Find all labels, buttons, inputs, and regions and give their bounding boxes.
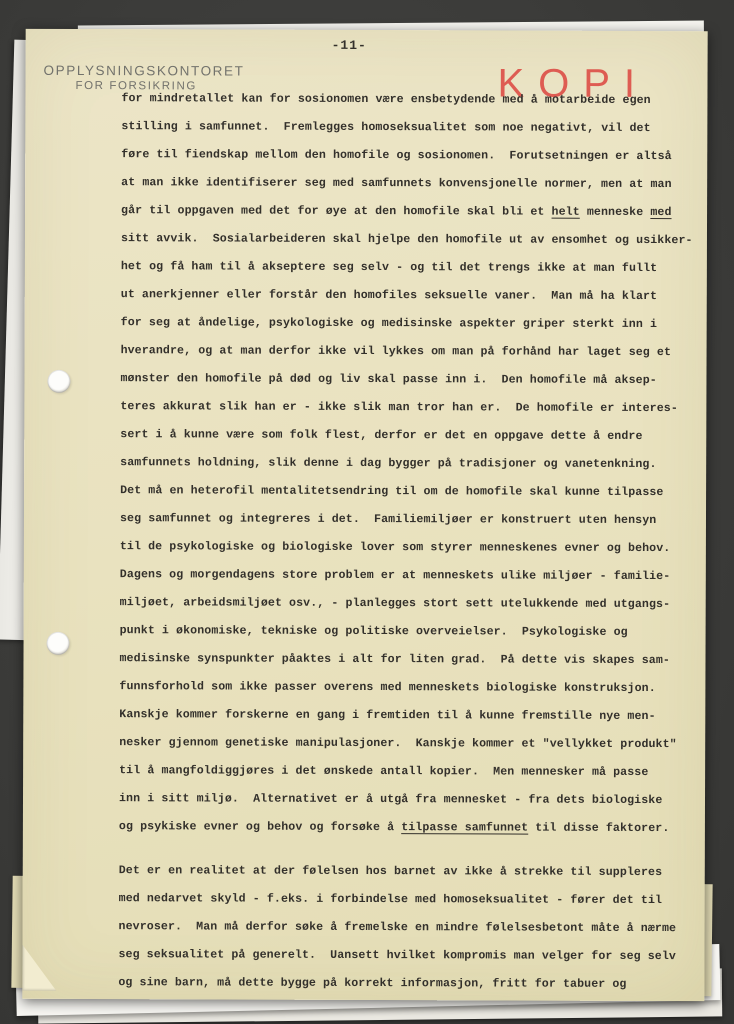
text-line: og psykiske evner og behov og forsøke å …: [119, 813, 679, 843]
text-line: sitt avvik. Sosialarbeideren skal hjelpe…: [121, 225, 681, 255]
page-number: -11-: [332, 38, 367, 53]
text-line: til å mangfoldiggjøres i det ønskede ant…: [119, 757, 679, 787]
text-line: het og få ham til å akseptere seg selv -…: [121, 253, 681, 283]
text-line: føre til fiendskap mellom den homofile o…: [121, 141, 681, 171]
text-line: hverandre, og at man derfor ikke vil lyk…: [121, 337, 681, 367]
text-line: teres akkurat slik han er - ikke slik ma…: [120, 393, 680, 423]
text-line: for mindretallet kan for sosionomen være…: [121, 85, 681, 115]
text-line: nevroser. Man må derfor søke å fremelske…: [119, 913, 679, 943]
text-line: seg samfunnet og integreres i det. Famil…: [120, 505, 680, 535]
text-line: nesker gjennom genetiske manipulasjoner.…: [119, 729, 679, 759]
text-line: går til oppgaven med det for øye at den …: [121, 197, 681, 227]
text-line: inn i sitt miljø. Alternativet er å utgå…: [119, 785, 679, 815]
text-line: samfunnets holdning, slik denne i dag by…: [120, 449, 680, 479]
text-line: funnsforhold som ikke passer overens med…: [119, 673, 679, 703]
text-line: mønster den homofile på død og liv skal …: [120, 365, 680, 395]
text-line: ut anerkjenner eller forstår den homofil…: [121, 281, 681, 311]
text-line: til de psykologiske og biologiske lover …: [120, 533, 680, 563]
text-line: stilling i samfunnet. Fremlegges homosek…: [121, 113, 681, 143]
text-line: sert i å kunne være som folk flest, derf…: [120, 421, 680, 451]
text-line: Det må en heterofil mentalitetsendring t…: [120, 477, 680, 507]
paragraph: Det er en realitet at der følelsen hos b…: [118, 857, 678, 999]
text-line: medisinske synspunkter påaktes i alt for…: [119, 645, 679, 675]
punch-hole-bottom: [47, 632, 70, 655]
document-body: for mindretallet kan for sosionomen være…: [118, 85, 681, 999]
text-line: at man ikke identifiserer seg med samfun…: [121, 169, 681, 199]
punch-hole-top: [47, 370, 70, 393]
text-line: miljøet, arbeidsmiljøet osv., - planlegg…: [120, 589, 680, 619]
text-line: Dagens og morgendagens store problem er …: [120, 561, 680, 591]
text-line: Det er en realitet at der følelsen hos b…: [119, 857, 679, 887]
text-line: med nedarvet skyld - f.eks. i forbindels…: [119, 885, 679, 915]
text-line: punkt i økonomiske, tekniske og politisk…: [120, 617, 680, 647]
document-page: -11- OPPLYSNINGSKONTORET FOR FORSIKRING …: [22, 29, 707, 1001]
text-line: Kanskje kommer forskerne en gang i fremt…: [119, 701, 679, 731]
photo-background: -11- OPPLYSNINGSKONTORET FOR FORSIKRING …: [0, 0, 734, 1024]
text-line: og sine barn, må dette bygge på korrekt …: [118, 969, 678, 999]
stamp-line1: OPPLYSNINGSKONTORET: [44, 63, 245, 79]
corner-fold: [22, 945, 56, 991]
text-line: for seg at åndelige, psykologiske og med…: [121, 309, 681, 339]
text-line: seg seksualitet på generelt. Uansett hvi…: [118, 941, 678, 971]
paragraph: for mindretallet kan for sosionomen være…: [119, 85, 682, 843]
